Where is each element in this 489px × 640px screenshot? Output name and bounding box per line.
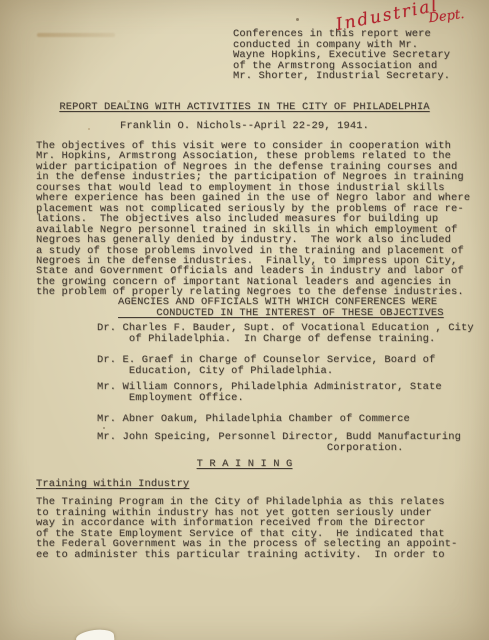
conferee-connors: Mr. William Connors, Philadelphia Admini… <box>97 382 442 403</box>
conferee-oakum: Mr. Abner Oakum, Philadelphia Chamber of… <box>97 414 410 425</box>
training-subheading: Training within Industry <box>36 478 189 490</box>
agencies-heading: AGENCIES AND OFFICIALS WITH WHICH CONFER… <box>118 297 444 319</box>
paper-speck <box>296 18 299 21</box>
training-heading: T R A I N I N G <box>197 458 293 470</box>
conferee-speicing: Mr. John Speicing, Personnel Director, B… <box>97 432 461 453</box>
agencies-heading-line2: CONDUCTED IN THE INTEREST OF THESE OBJEC… <box>118 308 444 319</box>
conferee-graef: Dr. E. Graef in Charge of Counselor Serv… <box>97 355 435 376</box>
training-heading-row: T R A I N I N G <box>14 459 475 470</box>
report-byline: Franklin O. Nichols--April 22-29, 1941. <box>120 120 369 132</box>
conferee-bauder: Dr. Charles F. Bauder, Supt. of Vocation… <box>97 323 474 344</box>
byline-row: Franklin O. Nichols--April 22-29, 1941. <box>14 121 475 132</box>
objectives-paragraph: The objectives of this visit were to con… <box>36 141 470 298</box>
handwritten-note-line2: Dept. <box>428 7 465 26</box>
torn-corner <box>75 628 114 640</box>
conference-note: Conferences in this report were conducte… <box>233 29 450 82</box>
scanned-report-page: Industrial Dept. Conferences in this rep… <box>0 0 489 640</box>
training-paragraph: The Training Program in the City of Phil… <box>36 497 457 561</box>
smudge-mark <box>37 33 115 37</box>
title-row: REPORT DEALING WITH ACTIVITIES IN THE CI… <box>14 102 475 113</box>
training-subheading-row: Training within Industry <box>36 479 189 490</box>
paper-speck <box>103 427 105 429</box>
report-title: REPORT DEALING WITH ACTIVITIES IN THE CI… <box>59 101 429 113</box>
